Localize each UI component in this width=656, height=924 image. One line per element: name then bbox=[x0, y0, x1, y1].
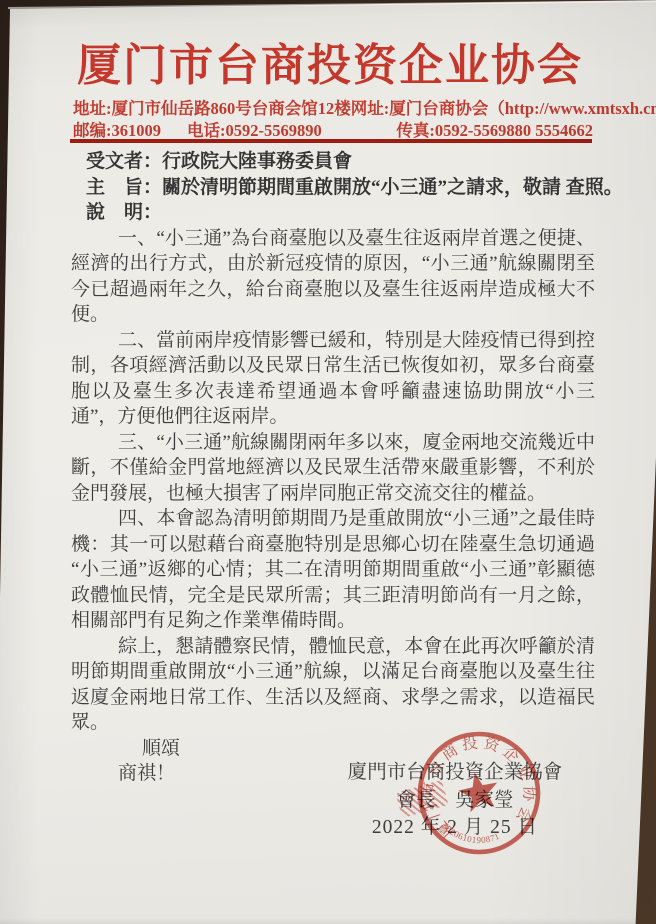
explanation-label-line: 說 明： bbox=[71, 200, 595, 226]
address-line: 地址:厦门市仙岳路860号台商会馆12楼 bbox=[73, 98, 351, 120]
paragraph-5: 綜上，懇請體察民情，體恤民意，本會在此再次呼籲於清明節期間重啟開放“小三通”航線… bbox=[71, 634, 595, 736]
contact-row-1: 地址:厦门市仙岳路860号台商会馆12楼 网址:厦门台商协会（http://ww… bbox=[73, 98, 593, 120]
letterhead-contact-block: 地址:厦门市仙岳路860号台商会馆12楼 网址:厦门台商协会（http://ww… bbox=[73, 98, 593, 142]
subject-value: 關於清明節期間重啟開放“小三通”之請求，敬請 查照。 bbox=[162, 177, 623, 198]
subject-label: 主 旨： bbox=[86, 177, 162, 198]
paragraph-2: 二、當前兩岸疫情影響已緩和，特別是大陸疫情已得到控制，各項經濟活動以及民眾日常生… bbox=[71, 328, 595, 430]
paragraph-4: 四、本會認為清明節期間乃是重啟開放“小三通”之最佳時機：其一可以慰藉台商臺胞特別… bbox=[71, 506, 595, 634]
website-line: 网址:厦门台商协会（http://www.xmtsxh.cn） bbox=[351, 98, 656, 120]
letter-body: 受文者：行政院大陸事務委員會 主 旨：關於清明節期間重啟開放“小三通”之請求，敬… bbox=[71, 149, 595, 787]
letterhead-rule bbox=[70, 139, 592, 143]
phone-line: 电话:0592-5569890 bbox=[187, 121, 322, 140]
recipient-label: 受文者： bbox=[86, 151, 162, 172]
recipient-line: 受文者：行政院大陸事務委員會 bbox=[71, 149, 595, 175]
photo-background: 厦门市台商投资企业协会 地址:厦门市仙岳路860号台商会馆12楼 网址:厦门台商… bbox=[0, 0, 656, 924]
postcode-line: 邮编:361009 bbox=[73, 121, 161, 140]
paragraph-3: 三、“小三通”航線關閉兩年多以來，廈金兩地交流幾近中斷，不僅給金門當地經濟以及民… bbox=[71, 430, 595, 507]
official-seal: 厦门市台商投资企业协会 5020610190871 bbox=[408, 722, 550, 864]
seal-serial-number: 5020610190871 bbox=[439, 811, 501, 854]
subject-line: 主 旨：關於清明節期間重啟開放“小三通”之請求，敬請 查照。 bbox=[71, 175, 595, 201]
recipient-value: 行政院大陸事務委員會 bbox=[162, 151, 352, 172]
explanation-label: 說 明： bbox=[86, 202, 162, 223]
seal-star-icon bbox=[455, 768, 502, 813]
svg-text:5020610190871: 5020610190871 bbox=[439, 811, 501, 854]
paragraph-1: 一、“小三通”為台商臺胞以及臺生往返兩岸首選之便捷、經濟的出行方式，由於新冠疫情… bbox=[71, 226, 595, 328]
letterhead-org-name: 厦门市台商投资企业协会 bbox=[68, 40, 592, 92]
